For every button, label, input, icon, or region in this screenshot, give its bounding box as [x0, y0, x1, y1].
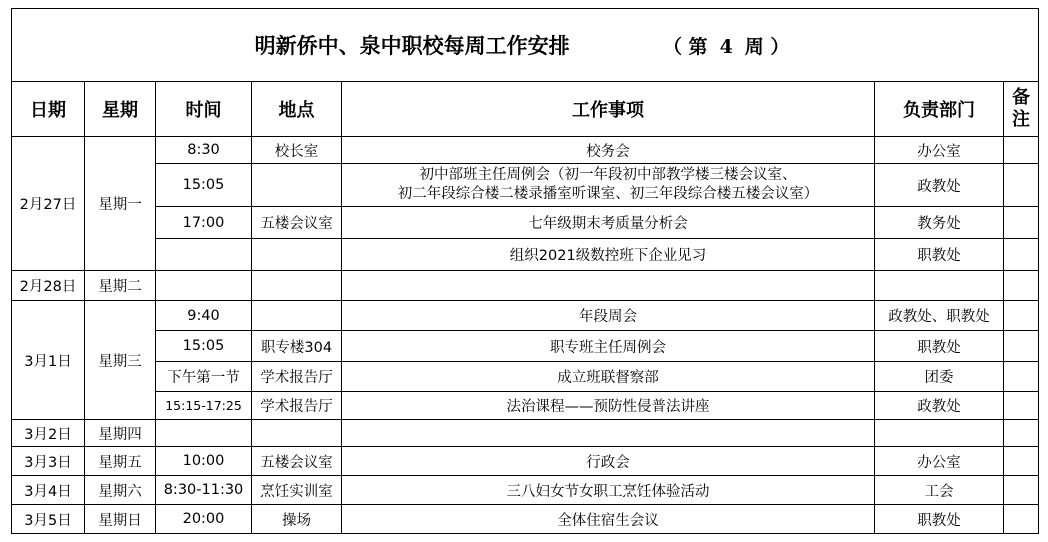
- header-row: 日期 星期 时间 地点 工作事项 负责部门 备注: [12, 82, 1039, 137]
- time-cell: 8:30: [156, 137, 252, 164]
- time-cell: 10:00: [156, 447, 252, 476]
- header-department: 负责部门: [875, 82, 1004, 137]
- time-cell: 15:05: [156, 331, 252, 362]
- table-row: 3月4日 星期六 8:30-11:30 烹饪实训室 三八妇女节女职工烹饪体验活动…: [12, 476, 1039, 505]
- time-cell: 15:15-17:25: [156, 392, 252, 420]
- location-cell: 校长室: [252, 137, 342, 164]
- department-cell: 教务处: [875, 207, 1004, 239]
- date-cell: 3月4日: [12, 476, 85, 505]
- time-cell: 8:30-11:30: [156, 476, 252, 505]
- header-location: 地点: [252, 82, 342, 137]
- department-cell: 职教处: [875, 239, 1004, 271]
- department-cell: [875, 420, 1004, 447]
- table-row: 3月5日 星期日 20:00 操场 全体住宿生会议 职教处: [12, 505, 1039, 534]
- weekday-cell: 星期四: [85, 420, 156, 447]
- time-cell: [156, 271, 252, 301]
- task-cell: 校务会: [342, 137, 875, 164]
- location-cell: [252, 271, 342, 301]
- time-cell: 下午第一节: [156, 362, 252, 392]
- task-cell: 三八妇女节女职工烹饪体验活动: [342, 476, 875, 505]
- location-cell: [252, 164, 342, 207]
- location-cell: 烹饪实训室: [252, 476, 342, 505]
- note-cell: [1004, 420, 1039, 447]
- task-cell: 全体住宿生会议: [342, 505, 875, 534]
- time-cell: 20:00: [156, 505, 252, 534]
- note-cell: [1004, 392, 1039, 420]
- date-cell: 3月2日: [12, 420, 85, 447]
- time-cell: 15:05: [156, 164, 252, 207]
- location-cell: 操场: [252, 505, 342, 534]
- task-cell: 成立班联督察部: [342, 362, 875, 392]
- note-cell: [1004, 207, 1039, 239]
- weekly-schedule-table: 明新侨中、泉中职校每周工作安排 （ 第4周 ） 日期 星期 时间 地点 工作事项…: [11, 8, 1039, 534]
- note-cell: [1004, 447, 1039, 476]
- table-row: 3月2日 星期四: [12, 420, 1039, 447]
- week-number: 4: [720, 36, 733, 58]
- location-cell: 职专楼304: [252, 331, 342, 362]
- note-cell: [1004, 137, 1039, 164]
- table-row: 组织2021级数控班下企业见习 职教处: [12, 239, 1039, 271]
- task-cell: 组织2021级数控班下企业见习: [342, 239, 875, 271]
- note-cell: [1004, 271, 1039, 301]
- header-date: 日期: [12, 82, 85, 137]
- header-task: 工作事项: [342, 82, 875, 137]
- task-cell: [342, 271, 875, 301]
- note-cell: [1004, 164, 1039, 207]
- task-cell: 行政会: [342, 447, 875, 476]
- note-cell: [1004, 476, 1039, 505]
- department-cell: 职教处: [875, 331, 1004, 362]
- task-cell: 年段周会: [342, 301, 875, 331]
- location-cell: [252, 239, 342, 271]
- location-cell: 五楼会议室: [252, 447, 342, 476]
- table-row: 2月28日 星期二: [12, 271, 1039, 301]
- document-title: 明新侨中、泉中职校每周工作安排 （ 第4周 ）: [12, 9, 1039, 82]
- time-cell: [156, 239, 252, 271]
- date-cell: 3月5日: [12, 505, 85, 534]
- location-cell: 学术报告厅: [252, 392, 342, 420]
- time-cell: 9:40: [156, 301, 252, 331]
- department-cell: 职教处: [875, 505, 1004, 534]
- note-cell: [1004, 331, 1039, 362]
- task-cell: 职专班主任周例会: [342, 331, 875, 362]
- task-cell: 七年级期末考质量分析会: [342, 207, 875, 239]
- note-cell: [1004, 239, 1039, 271]
- weekday-cell: 星期三: [85, 301, 156, 420]
- department-cell: [875, 271, 1004, 301]
- date-cell: 3月1日: [12, 301, 85, 420]
- date-cell: 3月3日: [12, 447, 85, 476]
- time-cell: 17:00: [156, 207, 252, 239]
- location-cell: 五楼会议室: [252, 207, 342, 239]
- task-cell: [342, 420, 875, 447]
- date-cell: 2月28日: [12, 271, 85, 301]
- table-row: 2月27日 星期一 8:30 校长室 校务会 办公室: [12, 137, 1039, 164]
- department-cell: 办公室: [875, 137, 1004, 164]
- date-cell: 2月27日: [12, 137, 85, 271]
- time-cell: [156, 420, 252, 447]
- department-cell: 政教处: [875, 164, 1004, 207]
- header-weekday: 星期: [85, 82, 156, 137]
- task-cell: 初中部班主任周例会（初一年段初中部教学楼三楼会议室、初二年段综合楼二楼录播室听课…: [342, 164, 875, 207]
- location-cell: 学术报告厅: [252, 362, 342, 392]
- header-time: 时间: [156, 82, 252, 137]
- note-cell: [1004, 362, 1039, 392]
- table-row: 下午第一节 学术报告厅 成立班联督察部 团委: [12, 362, 1039, 392]
- header-note: 备注: [1004, 82, 1039, 137]
- location-cell: [252, 420, 342, 447]
- department-cell: 工会: [875, 476, 1004, 505]
- task-cell: 法治课程——预防性侵普法讲座: [342, 392, 875, 420]
- note-cell: [1004, 505, 1039, 534]
- department-cell: 团委: [875, 362, 1004, 392]
- table-row: 3月1日 星期三 9:40 年段周会 政教处、职教处: [12, 301, 1039, 331]
- table-row: 17:00 五楼会议室 七年级期末考质量分析会 教务处: [12, 207, 1039, 239]
- table-row: 15:05 职专楼304 职专班主任周例会 职教处: [12, 331, 1039, 362]
- department-cell: 办公室: [875, 447, 1004, 476]
- title-main: 明新侨中、泉中职校每周工作安排: [255, 33, 570, 58]
- weekday-cell: 星期二: [85, 271, 156, 301]
- weekday-cell: 星期六: [85, 476, 156, 505]
- week-indicator: （ 第4周 ）: [657, 36, 795, 58]
- note-cell: [1004, 301, 1039, 331]
- department-cell: 政教处: [875, 392, 1004, 420]
- weekday-cell: 星期日: [85, 505, 156, 534]
- table-row: 3月3日 星期五 10:00 五楼会议室 行政会 办公室: [12, 447, 1039, 476]
- location-cell: [252, 301, 342, 331]
- table-row: 15:15-17:25 学术报告厅 法治课程——预防性侵普法讲座 政教处: [12, 392, 1039, 420]
- weekday-cell: 星期五: [85, 447, 156, 476]
- weekday-cell: 星期一: [85, 137, 156, 271]
- department-cell: 政教处、职教处: [875, 301, 1004, 331]
- table-row: 15:05 初中部班主任周例会（初一年段初中部教学楼三楼会议室、初二年段综合楼二…: [12, 164, 1039, 207]
